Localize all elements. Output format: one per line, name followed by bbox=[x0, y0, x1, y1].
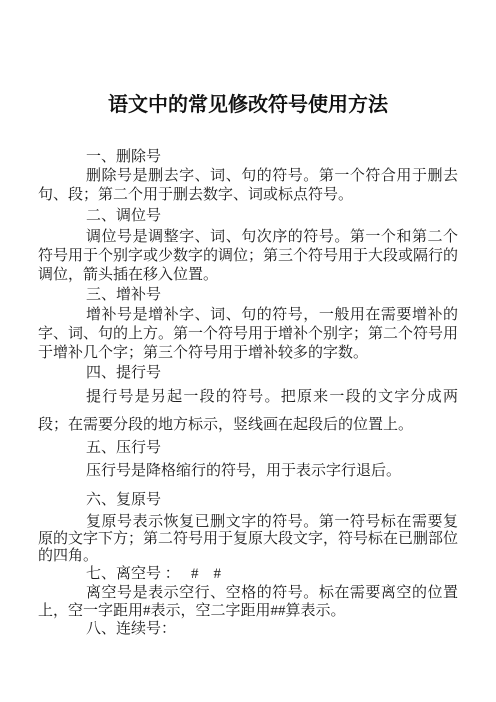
section-1-body: 删除号是删去字、词、句的符号。第一个符合用于删去句、段；第二个用于删去数字、词或… bbox=[38, 167, 458, 205]
document-page: 语文中的常见修改符号使用方法 一、删除号 删除号是删去字、词、句的符号。第一个符… bbox=[0, 0, 496, 702]
section-3-heading-insert-mark: 三、增补号 bbox=[38, 286, 458, 305]
section-4-body: 提行号是另起一段的符号。把原来一段的文字分成两段；在需要分段的地方标示，竖线画在… bbox=[38, 383, 458, 439]
section-5-heading-run-on-mark: 五、压行号 bbox=[38, 439, 458, 458]
section-3-body: 增补号是增补字、词、句的符号，一般用在需要增补的字、词、句的上方。第一个符号用于… bbox=[38, 306, 458, 363]
section-6-body: 复原号表示恢复已删文字的符号。第一符号标在需要复原的文字下方；第二符号用于复原大… bbox=[38, 514, 458, 565]
document-title: 语文中的常见修改符号使用方法 bbox=[38, 92, 458, 118]
section-5-body: 压行号是降格缩行的符号，用于表示字行退后。 bbox=[38, 462, 458, 481]
section-6-heading-restore-mark: 六、复原号 bbox=[38, 491, 458, 510]
section-2-heading-transpose-mark: 二、调位号 bbox=[38, 207, 458, 226]
document-content: 语文中的常见修改符号使用方法 一、删除号 删除号是删去字、词、句的符号。第一个符… bbox=[38, 92, 458, 639]
section-4-heading-new-paragraph-mark: 四、提行号 bbox=[38, 364, 458, 383]
section-2-body: 调位号是调整字、词、句次序的符号。第一个和第二个符号用于个别字或少数字的调位；第… bbox=[38, 228, 458, 285]
section-1-heading-delete-mark: 一、删除号 bbox=[38, 148, 458, 167]
section-8-heading-continuation-mark: 八、连续号： bbox=[38, 620, 458, 639]
section-7-heading-spacing-mark: 七、离空号 ： # # bbox=[38, 565, 458, 584]
section-7-body: 离空号是表示空行、空格的符号。标在需要离空的位置上，空一字距用#表示，空二字距用… bbox=[38, 584, 458, 620]
